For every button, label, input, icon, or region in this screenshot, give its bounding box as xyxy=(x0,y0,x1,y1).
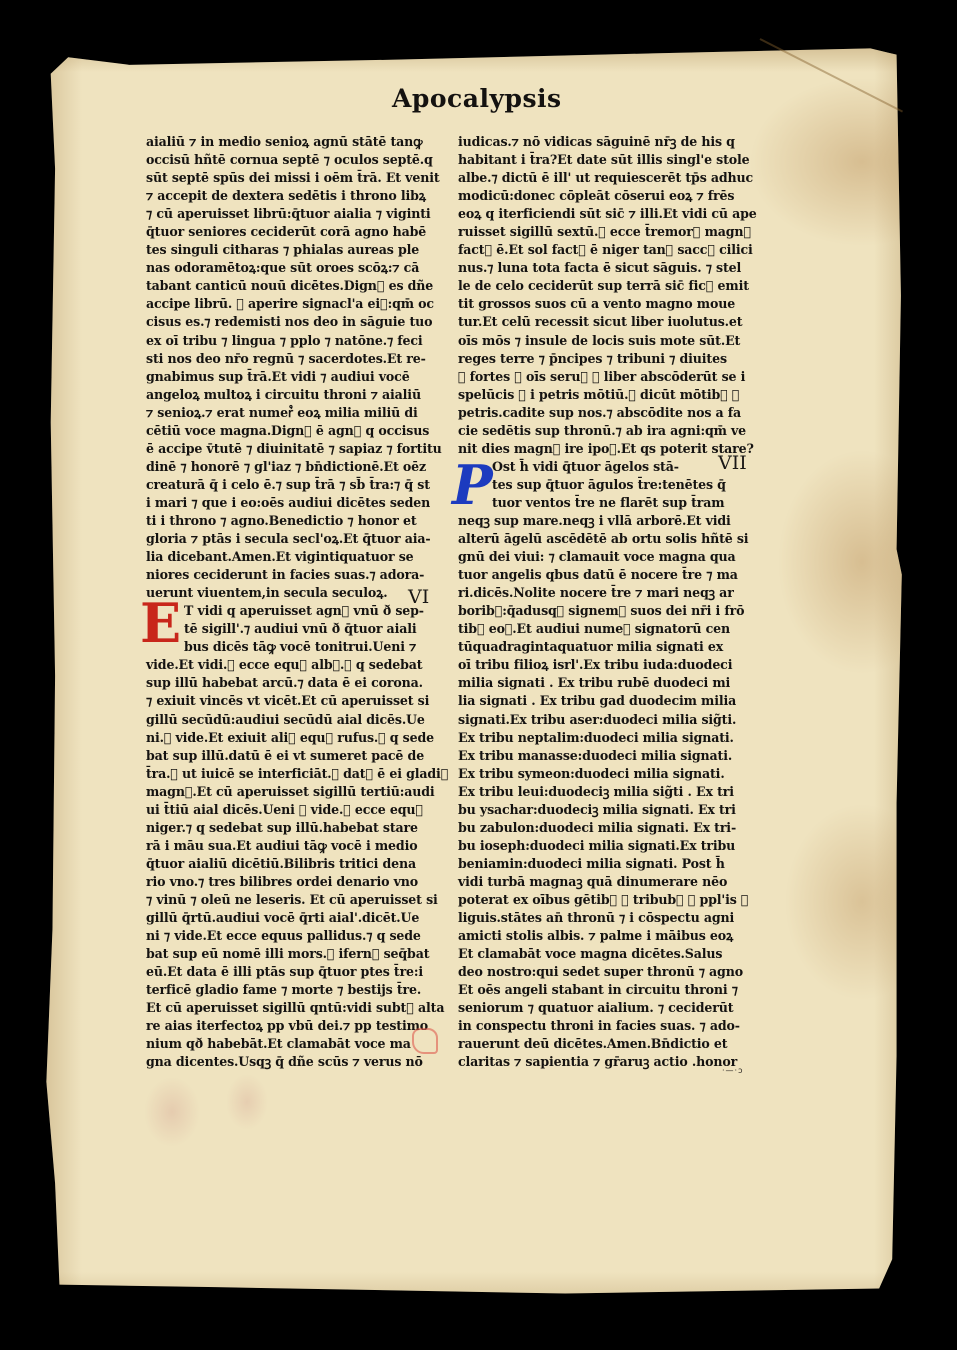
text-line: Et cū aperuisset sigillū qntū:vidi subt᷒… xyxy=(146,999,446,1017)
text-line: amicti stolis albis. ⁊ palme i māibus eo… xyxy=(458,927,764,945)
text-line: creaturā q̄ i celo ē.⁊ sup t̄rā ⁊ sb̄ t̄… xyxy=(146,476,446,494)
text-line: re aias iterfectoꝝ pp vbū dei.⁊ pp testi… xyxy=(146,1017,446,1035)
text-line: sūt septē spūs dei missi i oēm t̄rā. Et … xyxy=(146,169,446,187)
text-line: angeloꝝ multoꝝ i circuitu throni ⁊ aiali… xyxy=(146,386,446,404)
chapter-number-vi: VI xyxy=(408,586,429,608)
text-line: ni ⁊ vide.Et ecce equus pallidus.⁊ q sed… xyxy=(146,927,446,945)
text-line: deo nostro:qui sedet super thronū ⁊ agno xyxy=(458,963,764,981)
text-line: iudicas.⁊ nō vidicas sāguinē nr̄ꝫ de his… xyxy=(458,133,764,151)
text-line: Ex tribu manasse:duodeci milia signati. xyxy=(458,747,764,765)
text-line: rā i māu sua.Et audiui tāꝙ vocē i medio xyxy=(146,837,446,855)
text-line: ⁊ fortes ⁊ oīs seru᷒ ⁊ liber abscōderūt … xyxy=(458,368,764,386)
text-line: Ex tribu leui:duodeciꝫ milia sig̃ti . Ex… xyxy=(458,783,764,801)
text-line: tē sigill'.⁊ audiui vnū ð q̄tuor aiali xyxy=(146,620,446,638)
text-column-right: iudicas.⁊ nō vidicas sāguinē nr̄ꝫ de his… xyxy=(458,133,764,1071)
text-line: tuor ventos t̄re ne flarēt sup t̄ram xyxy=(458,494,764,512)
text-line: ri.dicēs.Nolite nocere t̄re ⁊ mari neqꝫ … xyxy=(458,584,764,602)
text-line: habitant i t̄ra?Et date sūt illis singl'… xyxy=(458,151,764,169)
text-line: aialiū ⁊ in medio senioꝝ agnū stātē tanꝙ xyxy=(146,133,446,151)
text-line: liguis.stātes an̄ thronū ⁊ i cōspectu ag… xyxy=(458,909,764,927)
text-line: cētiū voce magna.Dign᷒ ē agn᷒ q occisus xyxy=(146,422,446,440)
text-line: fact᷒ ē.Et sol fact᷒ ē niger tanꝙ sacc᷒ … xyxy=(458,241,764,259)
text-line: ⁊ senioꝝ.⁊ erat numer᷒ eoꝝ milia miliū d… xyxy=(146,404,446,422)
text-line: gloria ⁊ ptās i secula secl'oꝝ.Et q̄tuor… xyxy=(146,530,446,548)
text-line: gnū dei viui: ⁊ clamauit voce magna qua xyxy=(458,548,764,566)
text-line: in conspectu throni in facies suas. ⁊ ad… xyxy=(458,1017,764,1035)
text-line: borib᷒:q̄adusqꝫ signem᷒ suos dei nr̄i i … xyxy=(458,602,764,620)
text-line: ruisset sigillū sextū.⁊ ecce t̄remor᷒ ma… xyxy=(458,223,764,241)
text-line: bu ysachar:duodeciꝫ milia signati. Ex tr… xyxy=(458,801,764,819)
text-line: Ex tribu neptalim:duodeci milia signati. xyxy=(458,729,764,747)
text-line: claritas ⁊ sapientia ⁊ gr̄aruꝫ actio .ho… xyxy=(458,1053,764,1071)
text-line: niger.⁊ q sedebat sup illū.habebat stare xyxy=(146,819,446,837)
text-line: bu ioseph:duodeci milia signati.Ex tribu xyxy=(458,837,764,855)
text-line: beniamin:duodeci milia signati. Post h̄ xyxy=(458,855,764,873)
text-line: eū.Et data ē illi ptās sup q̄tuor ptes t… xyxy=(146,963,446,981)
text-line: ⁊ accepit de dextera sedētis i throno li… xyxy=(146,187,446,205)
text-line: spelūcis ⁊ i petris mōtiū.⁊ dicūt mōtib᷒… xyxy=(458,386,764,404)
text-line: vide.Et vidi.⁊ ecce equ᷒ alb᷒.⁊ q sedeba… xyxy=(146,656,446,674)
text-line: bat sup illū.datū ē ei vt sumeret pacē d… xyxy=(146,747,446,765)
text-line: gna dicentes.Usqꝫ q̄ dñe scūs ⁊ verus nō xyxy=(146,1053,446,1071)
text-line: T vidi q aperuisset agn᷒ vnū ð sep- xyxy=(146,602,446,620)
text-line: tes singuli citharas ⁊ phialas aureas pl… xyxy=(146,241,446,259)
text-line: nus.⁊ luna tota facta ē sicut sāguis. ⁊ … xyxy=(458,259,764,277)
text-line: sup illū habebat arcū.⁊ data ē ei corona… xyxy=(146,674,446,692)
text-line: seniorum ⁊ quatuor aialium. ⁊ ceciderūt xyxy=(458,999,764,1017)
text-line: albe.⁊ dictū ē ill' ut requiescerēt tp̄s… xyxy=(458,169,764,187)
text-line: tabant canticū nouū dicētes.Dign᷒ es dñe xyxy=(146,277,446,295)
text-line: alterū āgelū ascēdētē ab ortu solis hñtē… xyxy=(458,530,764,548)
text-line: t̄ra.⁊ ut iuicē se interficiāt.⁊ dat᷒ ē … xyxy=(146,765,446,783)
chapter-number-vii: VII xyxy=(718,452,747,474)
text-line: niores ceciderunt in facies suas.⁊ adora… xyxy=(146,566,446,584)
text-line: petris.cadite sup nos.⁊ abscōdite nos a … xyxy=(458,404,764,422)
text-line: accipe librū. ⁊ aperire signacl'a ei᷒:qm… xyxy=(146,295,446,313)
text-line: signati.Ex tribu aser:duodeci milia sig̃… xyxy=(458,711,764,729)
text-line: ⁊ vinū ⁊ oleū ne leseris. Et cū aperuiss… xyxy=(146,891,446,909)
text-line: ⁊ exiuit vincēs vt vicēt.Et cū aperuisse… xyxy=(146,692,446,710)
text-line: tur.Et celū recessit sicut liber iuolutu… xyxy=(458,313,764,331)
text-line: bat sup eū nomē illi mors.⁊ ifern᷒ seq̄b… xyxy=(146,945,446,963)
text-line: milia signati . Ex tribu rubē duodeci mi xyxy=(458,674,764,692)
text-line: uerunt viuentem,in secula seculoꝝ. xyxy=(146,584,446,602)
text-line: tuor angelis qbus datū ē nocere t̄re ⁊ m… xyxy=(458,566,764,584)
blue-initial-p: P xyxy=(452,458,493,512)
text-line: rauerunt deū dicētes.Amen.Bn̄dictio et xyxy=(458,1035,764,1053)
text-line: eoꝝ q iterficiendi sūt sic̄ ⁊ illi.Et vi… xyxy=(458,205,764,223)
rubricated-initial-e: E xyxy=(140,596,181,650)
text-line: gnabimus sup t̄rā.Et vidi ⁊ audiui vocē xyxy=(146,368,446,386)
text-line: gillū q̄rtū.audiui vocē q̄rti aial'.dicē… xyxy=(146,909,446,927)
text-line: ti i throno ⁊ agno.Benedictio ⁊ honor et xyxy=(146,512,446,530)
text-line: i mari ⁊ que i eo:oēs audiui dicētes sed… xyxy=(146,494,446,512)
text-line: gillū secūdū:audiui secūdū aial dicēs.Ue xyxy=(146,711,446,729)
text-line: cisus es.⁊ redemisti nos deo in sāguie t… xyxy=(146,313,446,331)
text-line: tit grossos suos cū a vento magno moue xyxy=(458,295,764,313)
text-line: nium qð habebāt.Et clamabāt voce ma xyxy=(146,1035,446,1053)
text-line: oīs mōs ⁊ insule de locis suis mote sūt.… xyxy=(458,332,764,350)
text-line: poterat ex oībus gētib᷒ ⁊ tribub᷒ ⁊ ppl'… xyxy=(458,891,764,909)
text-line: ē accipe v̄tutē ⁊ diuinitatē ⁊ sapiaz ⁊ … xyxy=(146,440,446,458)
catchword-mark: ·—·ↄ xyxy=(722,1066,743,1075)
text-line: Et oēs angeli stabant in circuitu throni… xyxy=(458,981,764,999)
text-column-left: aialiū ⁊ in medio senioꝝ agnū stātē tanꝙ… xyxy=(146,133,446,1071)
text-line: ⁊ cū aperuisset librū:q̄tuor aialia ⁊ vi… xyxy=(146,205,446,223)
text-line: Ex tribu symeon:duodeci milia signati. xyxy=(458,765,764,783)
text-line: reges terre ⁊ p̄ncipes ⁊ tribuni ⁊ diuit… xyxy=(458,350,764,368)
text-line: tūquadragintaquatuor milia signati ex xyxy=(458,638,764,656)
text-line: modicū:donec cōpleāt cōserui eoꝝ ⁊ frēs xyxy=(458,187,764,205)
text-line: occisū hñtē cornua septē ⁊ oculos septē.… xyxy=(146,151,446,169)
text-line: bu zabulon:duodeci milia signati. Ex tri… xyxy=(458,819,764,837)
red-ink-mark xyxy=(412,1028,438,1054)
text-line: dinē ⁊ honorē ⁊ gl'iaz ⁊ bn̄dictionē.Et … xyxy=(146,458,446,476)
text-line: vidi turbā magnaꝫ quā dinumerare nēo xyxy=(458,873,764,891)
text-line: neqꝫ sup mare.neqꝫ i vllā arborē.Et vidi xyxy=(458,512,764,530)
text-line: ni.⁊ vide.Et exiuit ali᷒ equ᷒ rufus.⁊ q … xyxy=(146,729,446,747)
text-line: nas odoramētoꝝ:que sūt oroes scōꝝ:⁊ cā xyxy=(146,259,446,277)
text-line: oī tribu filioꝝ isrl'.Ex tribu iuda:duod… xyxy=(458,656,764,674)
text-line: ex oī tribu ⁊ lingua ⁊ pplo ⁊ natōne.⁊ f… xyxy=(146,332,446,350)
text-line: tes sup q̄tuor āgulos t̄re:tenētes q̄ xyxy=(458,476,764,494)
running-header-title: Apocalypsis xyxy=(392,84,562,113)
text-line: sti nos deo nr̄o regnū ⁊ sacerdotes.Et r… xyxy=(146,350,446,368)
text-line: lia dicebant.Amen.Et vigintiquatuor se xyxy=(146,548,446,566)
text-line: magn᷒.Et cū aperuisset sigillū tertiū:au… xyxy=(146,783,446,801)
text-line: cie sedētis sup thronū.⁊ ab ira agni:qm̄… xyxy=(458,422,764,440)
text-line: bus dicēs tāꝙ vocē tonitrui.Ueni ⁊ xyxy=(146,638,446,656)
text-line: ui t̄tiū aial dicēs.Ueni ⁊ vide.⁊ ecce e… xyxy=(146,801,446,819)
text-line: q̄tuor seniores ceciderūt corā agno habē xyxy=(146,223,446,241)
text-line: tib᷒ eoꝝ.Et audiui numeꝝ signatorū cen xyxy=(458,620,764,638)
scan-background: Apocalypsis aialiū ⁊ in medio senioꝝ agn… xyxy=(0,0,957,1350)
text-line: q̄tuor aialiū dicētiū.Bilibris tritici d… xyxy=(146,855,446,873)
text-line: rio vno.⁊ tres bilibres ordei denario vn… xyxy=(146,873,446,891)
text-line: le de celo ceciderūt sup terrā sic̄ fic᷒… xyxy=(458,277,764,295)
text-line: terficē gladio fame ⁊ morte ⁊ bestijs t̄… xyxy=(146,981,446,999)
text-line: Et clamabāt voce magna dicētes.Salus xyxy=(458,945,764,963)
text-line: lia signati . Ex tribu gad duodecim mili… xyxy=(458,692,764,710)
